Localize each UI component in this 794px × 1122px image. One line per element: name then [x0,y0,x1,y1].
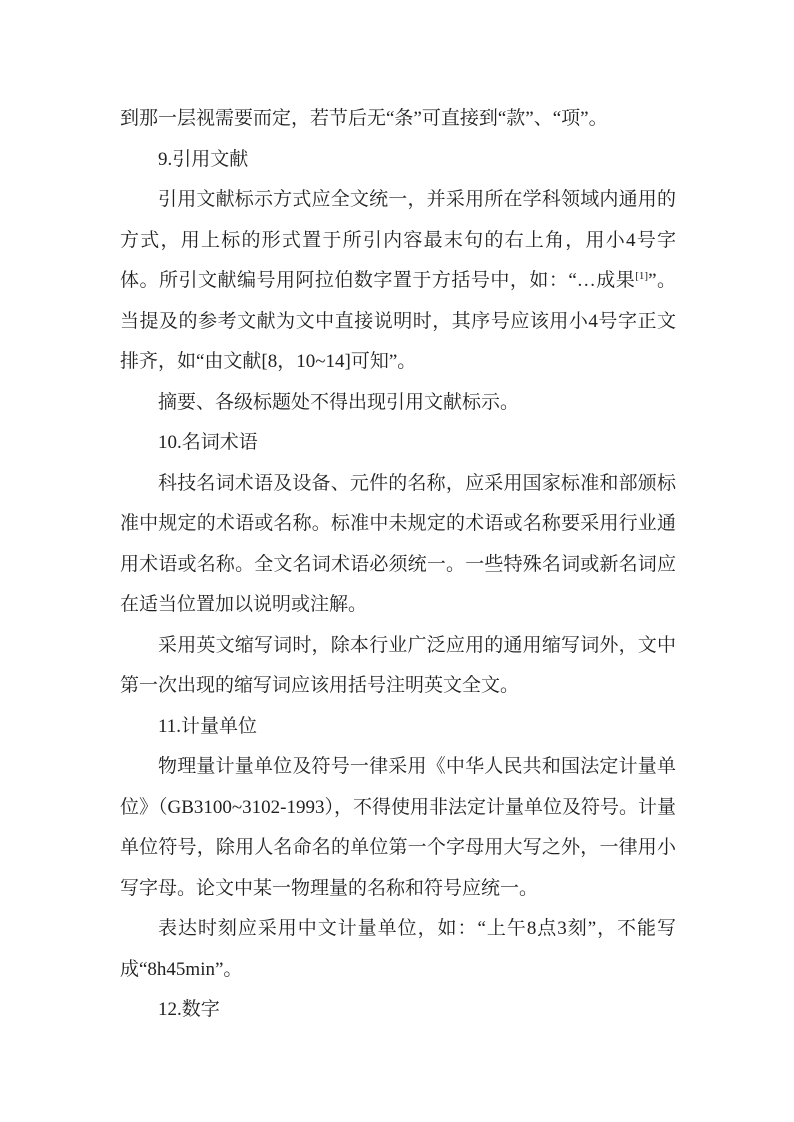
heading-cited-references: 9.引用文献 [120,140,676,181]
para-citation-format: 引用文献标示方式应全文统一，并采用所在学科领域内通用的方式，用上标的形式置于所引… [120,180,676,383]
text-run: 摘要、各级标题处不得出现引用文献标示。 [158,392,519,413]
para-legal-units: 物理量计量单位及符号一律采用《中华人民共和国法定计量单位》（GB3100~310… [120,747,676,909]
para-time-expression: 表达时刻应采用中文计量单位，如：“上午8点3刻”，不能写成“8h45min”。 [120,909,676,990]
heading-measurement-units: 11.计量单位 [120,707,676,748]
text-run: 引用文献标示方式应全文统一，并采用所在学科领域内通用的方式，用上标的形式置于所引… [120,189,676,291]
text-run: 科技名词术语及设备、元件的名称，应采用国家标准和部颁标准中规定的术语或名称。标准… [120,473,676,616]
para-terminology-standards: 科技名词术语及设备、元件的名称，应采用国家标准和部颁标准中规定的术语或名称。标准… [120,464,676,626]
citation-superscript: [1] [635,270,648,282]
document-body: 到那一层视需要而定，若节后无“条”可直接到“款”、“项”。9.引用文献引用文献标… [120,99,676,1031]
text-run: 10.名词术语 [158,432,258,453]
para-clause-level-continuation: 到那一层视需要而定，若节后无“条”可直接到“款”、“项”。 [120,99,676,140]
heading-terminology: 10.名词术语 [120,423,676,464]
text-run: 到那一层视需要而定，若节后无“条”可直接到“款”、“项”。 [120,108,608,129]
text-run: 11.计量单位 [158,716,257,737]
text-run: 表达时刻应采用中文计量单位，如：“上午8点3刻”，不能写成“8h45min”。 [120,918,676,980]
para-english-abbreviations: 采用英文缩写词时，除本行业广泛应用的通用缩写词外，文中第一次出现的缩写词应该用括… [120,626,676,707]
heading-numbers: 12.数字 [120,990,676,1031]
text-run: 12.数字 [158,999,220,1020]
text-run: 物理量计量单位及符号一律采用《中华人民共和国法定计量单位》（GB3100~310… [120,756,676,899]
text-run: 9.引用文献 [158,149,248,170]
document-page: 到那一层视需要而定，若节后无“条”可直接到“款”、“项”。9.引用文献引用文献标… [0,0,794,1122]
text-run: 采用英文缩写词时，除本行业广泛应用的通用缩写词外，文中第一次出现的缩写词应该用括… [120,635,676,697]
para-no-citation-in-headings: 摘要、各级标题处不得出现引用文献标示。 [120,383,676,424]
